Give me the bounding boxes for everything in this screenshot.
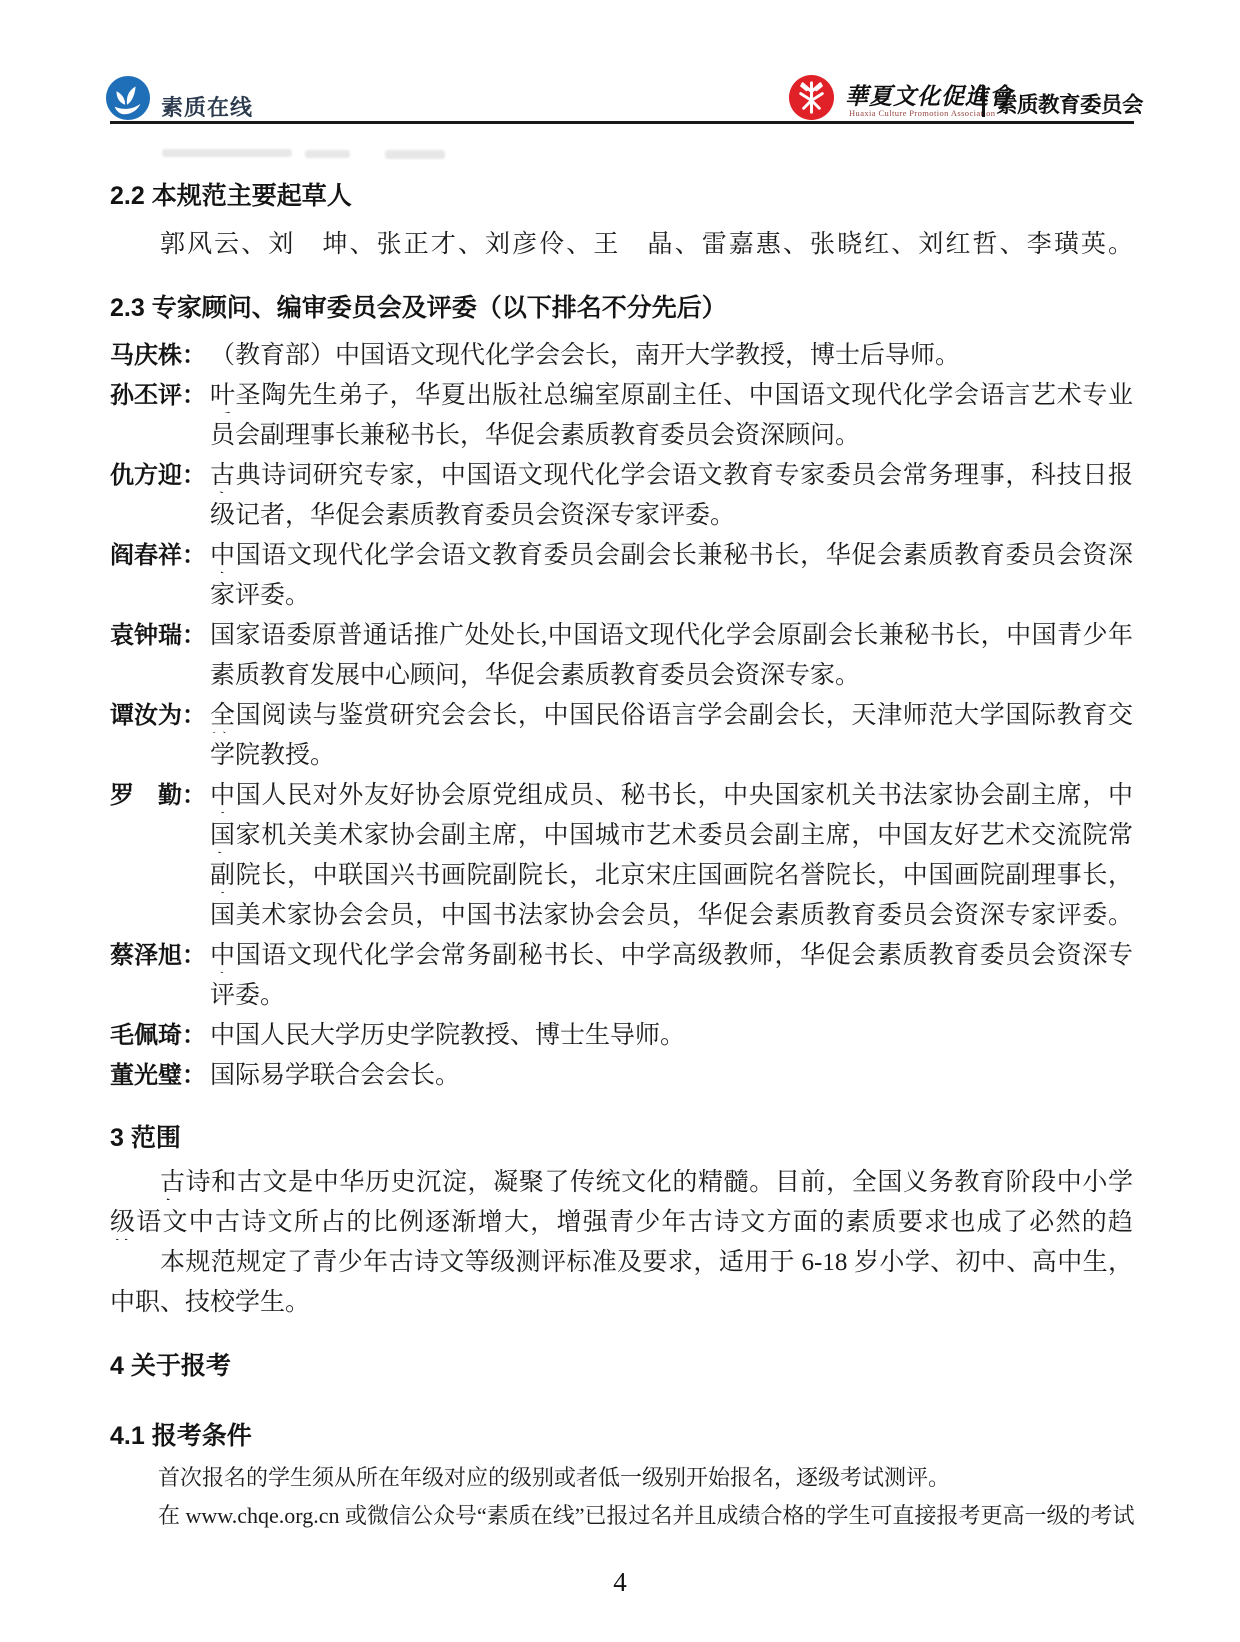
section-heading-2-2: 2.2 本规范主要起草人 (110, 181, 352, 211)
paragraph-line: 中职、技校学生。 (110, 1288, 1133, 1318)
expert-bio-line: 素质教育发展中心顾问，华促会素质教育委员会资深专家。 (210, 661, 1133, 691)
expert-name: 孙丕评： (110, 381, 214, 411)
expert-bio-line: 员会副理事长兼秘书长，华促会素质教育委员会资深顾问。 (210, 421, 1133, 451)
page-bleed-artifact (162, 149, 292, 157)
condition-line: 在 www.chqe.org.cn 或微信公众号“素质在线”已报过名并且成绩合格… (158, 1502, 1135, 1530)
suzhi-online-logo-icon (105, 75, 151, 126)
expert-bio-line: 全国阅读与鉴赏研究会会长，中国民俗语言学会副会长，天津师范大学国际教育交流 (210, 701, 1133, 733)
paragraph-line: 古诗和古文是中华历史沉淀，凝聚了传统文化的精髓。目前，全国义务教育阶段中小学年 (160, 1168, 1133, 1200)
expert-bio-line: 叶圣陶先生弟子，华夏出版社总编室原副主任、中国语文现代化学会语言艺术专业委 (210, 381, 1133, 413)
expert-name: 毛佩琦： (110, 1021, 214, 1051)
expert-bio-line: 中国语文现代化学会常务副秘书长、中学高级教师，华促会素质教育委员会资深专家 (210, 941, 1133, 973)
huaxia-association-logo-icon (788, 74, 835, 126)
expert-bio-line: 中国语文现代化学会语文教育委员会副会长兼秘书长，华促会素质教育委员会资深专 (210, 541, 1133, 573)
paragraph-line: 本规范规定了青少年古诗文等级测评标准及要求，适用于 6-18 岁小学、初中、高中… (160, 1248, 1133, 1280)
section-heading-4-1: 4.1 报考条件 (110, 1421, 252, 1451)
condition-line: 首次报名的学生须从所在年级对应的级别或者低一级别开始报名，逐级考试测评。 (158, 1464, 950, 1492)
header-rule (110, 121, 1134, 124)
section-heading-2-3: 2.3 专家顾问、编审委员会及评委（以下排名不分先后） (110, 293, 727, 323)
drafters-line: 郭风云、刘 坤、张正才、刘彦伶、王 晶、雷嘉惠、张晓红、刘红哲、李璜英。 (160, 230, 1133, 262)
expert-name: 马庆株： (110, 341, 214, 371)
paragraph-line: 级语文中古诗文所占的比例逐渐增大，增强青少年古诗文方面的素质要求也成了必然的趋势… (110, 1208, 1133, 1240)
site-name: 素质在线 (161, 91, 253, 122)
expert-bio-line: 学院教授。 (210, 741, 1133, 771)
expert-name: 蔡泽旭： (110, 941, 214, 971)
expert-bio-line: 副院长，中联国兴书画院副院长，北京宋庄国画院名誉院长，中国画院副理事长，中 (210, 861, 1133, 893)
expert-bio-line: 中国人民大学历史学院教授、博士生导师。 (210, 1021, 1133, 1051)
expert-bio-line: 家评委。 (210, 581, 1133, 611)
expert-bio-line: 评委。 (210, 981, 1133, 1011)
expert-bio-line: 国际易学联合会会长。 (210, 1061, 1133, 1091)
document-page: 素质在线 華夏文化促進會 Huaxia Culture Promotion As… (0, 0, 1240, 1642)
expert-bio-line: 国美术家协会会员，中国书法家协会会员，华促会素质教育委员会资深专家评委。 (210, 901, 1133, 933)
committee-name: 素质教育委员会 (996, 88, 1143, 119)
header-separator-bar (982, 86, 985, 117)
section-heading-4: 4 关于报考 (110, 1351, 231, 1381)
page-bleed-artifact (385, 150, 445, 159)
expert-bio-line: 级记者，华促会素质教育委员会资深专家评委。 (210, 501, 1133, 531)
page-bleed-artifact (305, 150, 350, 158)
org-name-en: Huaxia Culture Promotion Association (849, 108, 995, 118)
page-number: 4 (0, 1567, 1240, 1598)
expert-bio-line: 国家机关美术家协会副主席，中国城市艺术委员会副主席，中国友好艺术交流院常务 (210, 821, 1133, 853)
expert-bio-line: （教育部）中国语文现代化学会会长，南开大学教授，博士后导师。 (210, 341, 1133, 371)
expert-name: 仇方迎： (110, 461, 214, 491)
expert-bio-line: 古典诗词研究专家，中国语文现代化学会语文教育专家委员会常务理事，科技日报高 (210, 461, 1133, 493)
expert-bio-line: 国家语委原普通话推广处处长,中国语文现代化学会原副会长兼秘书长，中国青少年 (210, 621, 1133, 653)
expert-name: 谭汝为： (110, 701, 214, 731)
expert-name: 罗 勤： (110, 781, 214, 811)
expert-name: 董光璧： (110, 1061, 214, 1091)
expert-bio-line: 中国人民对外友好协会原党组成员、秘书长，中央国家机关书法家协会副主席，中央 (210, 781, 1133, 813)
expert-name: 阎春祥： (110, 541, 214, 571)
expert-name: 袁钟瑞： (110, 621, 214, 651)
section-heading-3: 3 范围 (110, 1123, 181, 1153)
org-name-zh: 華夏文化促進會 (845, 78, 1013, 111)
